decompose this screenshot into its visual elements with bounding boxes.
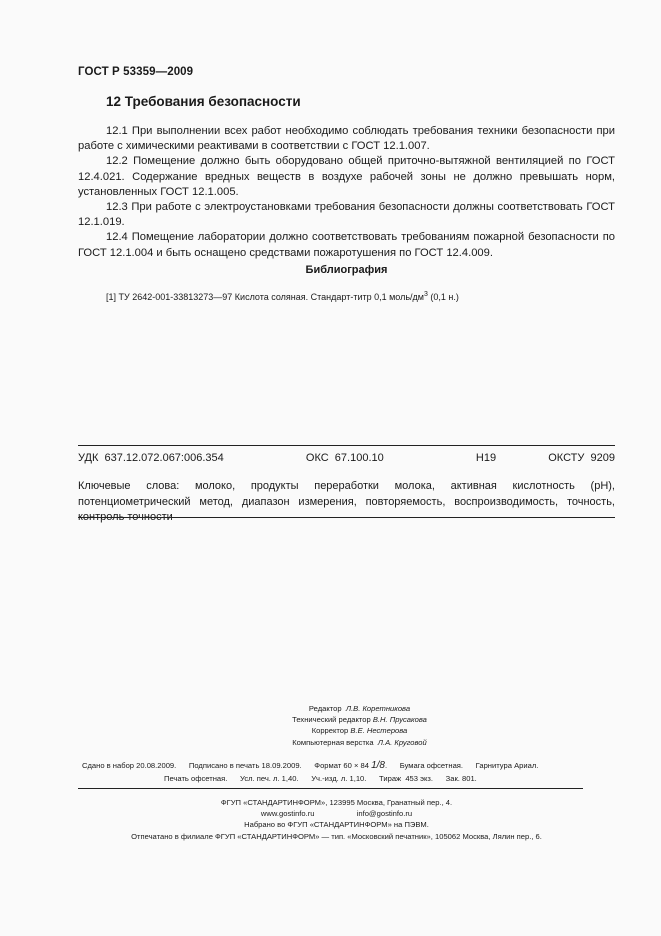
staff-proofreader: Корректор В.Е. Нестерова	[0, 725, 661, 736]
editorial-staff: Редактор Л.В. Коретникова Технический ре…	[0, 703, 661, 748]
section-body: 12.1 При выполнении всех работ необходим…	[78, 124, 615, 261]
keywords: Ключевые слова: молоко, продукты перераб…	[78, 479, 615, 526]
publisher-web: www.gostinfo.ru info@gostinfo.ru	[0, 808, 661, 819]
staff-technical-editor: Технический редактор В.Н. Прусакова	[0, 714, 661, 725]
publisher-typeset: Набрано во ФГУП «СТАНДАРТИНФОРМ» на ПЭВМ…	[0, 819, 661, 830]
print-info-line-2: Печать офсетная. Усл. печ. л. 1,40. Уч.-…	[164, 774, 477, 783]
classification-row: УДК 637.12.072.067:006.354 ОКС 67.100.10…	[78, 452, 615, 464]
bibliography-title: Библиография	[0, 264, 661, 276]
bibliography-ref: [1] ТУ 2642-001-33813273—97 Кислота соля…	[106, 292, 424, 302]
publisher-info: ФГУП «СТАНДАРТИНФОРМ», 123995 Москва, Гр…	[0, 797, 661, 842]
publisher-address: ФГУП «СТАНДАРТИНФОРМ», 123995 Москва, Гр…	[0, 797, 661, 808]
document-id: ГОСТ Р 53359—2009	[78, 66, 193, 78]
group-code: Н19	[476, 452, 496, 464]
oks-code: ОКС 67.100.10	[306, 452, 384, 464]
section-title: 12 Требования безопасности	[106, 94, 301, 109]
print-info-line-1: Сдано в набор 20.08.2009. Подписано в пе…	[82, 760, 538, 771]
paragraph-12-3: 12.3 При работе с электроустановками тре…	[78, 200, 615, 230]
staff-layout: Компьютерная верстка Л.А. Круговой	[0, 737, 661, 748]
divider-bottom	[78, 517, 615, 518]
bibliography-item: [1] ТУ 2642-001-33813273—97 Кислота соля…	[106, 292, 459, 302]
paragraph-12-4: 12.4 Помещение лаборатории должно соотве…	[78, 230, 615, 260]
imprint-divider	[78, 788, 583, 789]
paragraph-12-2: 12.2 Помещение должно быть оборудовано о…	[78, 154, 615, 200]
divider-top	[78, 445, 615, 446]
bibliography-ref-tail: (0,1 н.)	[428, 292, 459, 302]
staff-editor: Редактор Л.В. Коретникова	[0, 703, 661, 714]
publisher-printed: Отпечатано в филиале ФГУП «СТАНДАРТИНФОР…	[0, 831, 661, 842]
paragraph-12-1: 12.1 При выполнении всех работ необходим…	[78, 124, 615, 154]
okstu-code: ОКСТУ 9209	[548, 452, 615, 464]
format-fraction: 1/8	[371, 760, 385, 771]
udk-code: УДК 637.12.072.067:006.354	[78, 452, 224, 464]
